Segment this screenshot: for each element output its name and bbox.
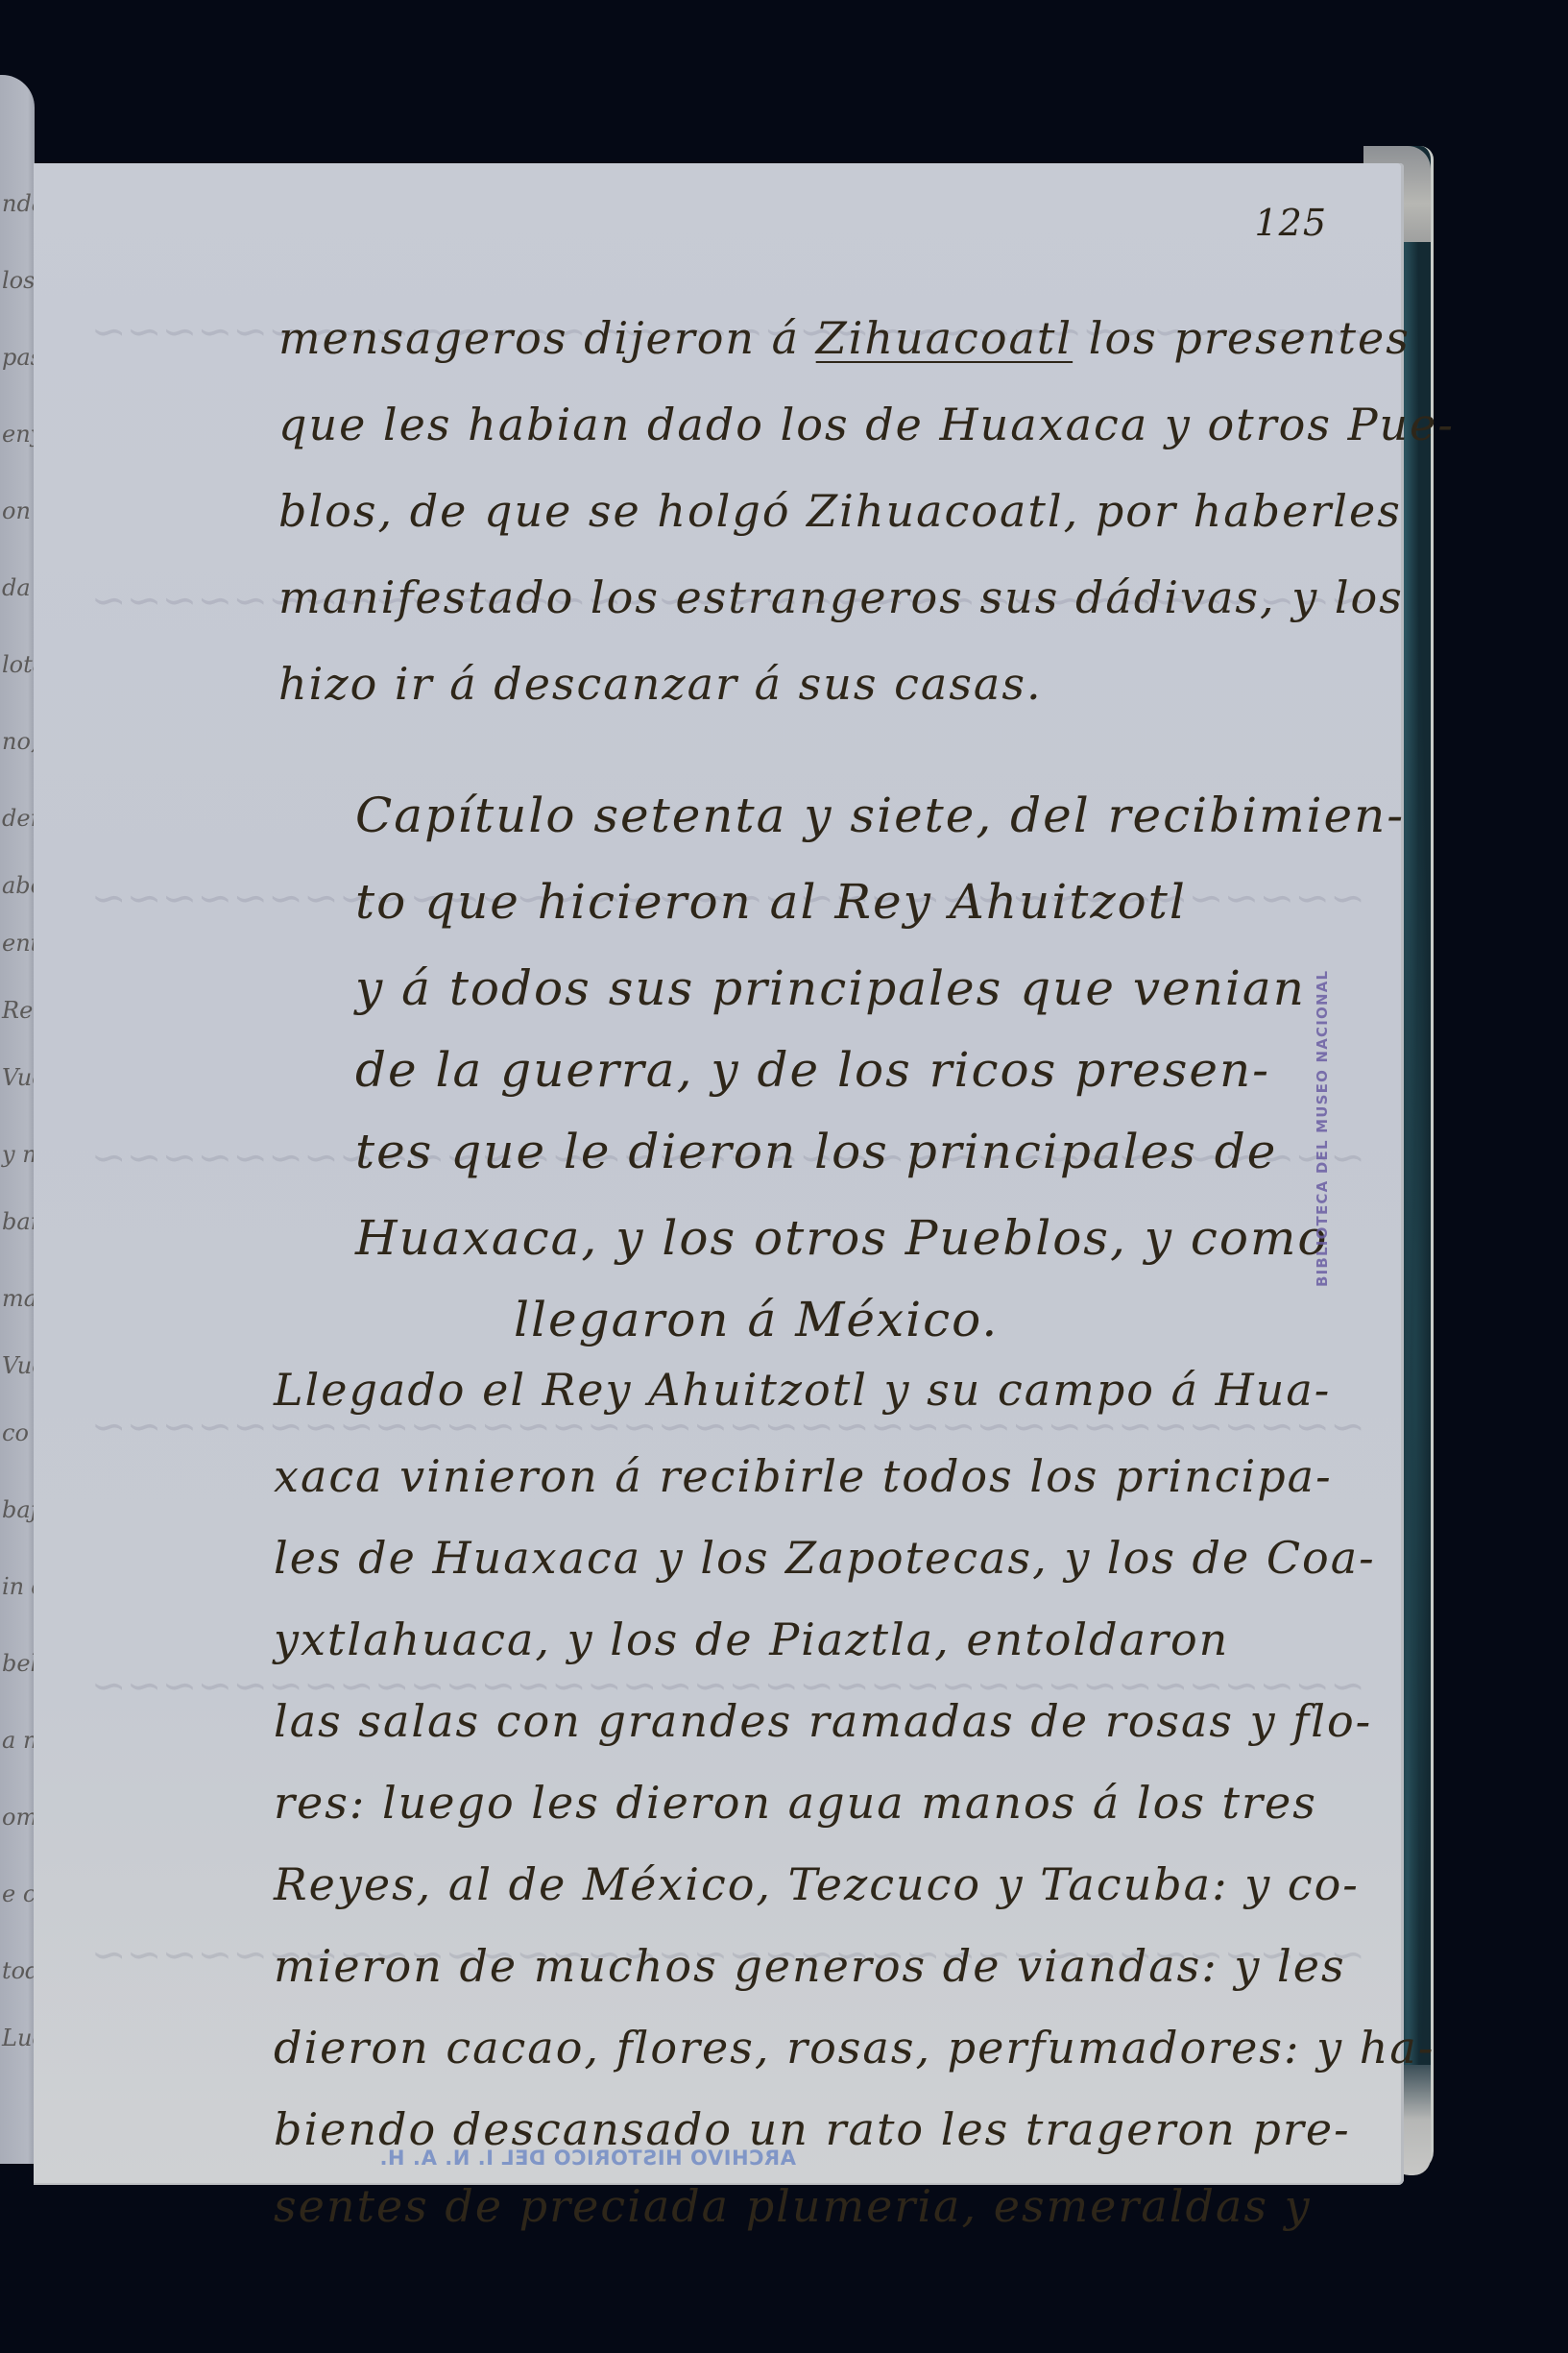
prev-page-fragment: bebe (2, 1650, 35, 1677)
prev-page-fragment: co C (2, 1419, 35, 1446)
prev-page-fragment: Luego (2, 2025, 35, 2051)
text-line: yxtlahuaca, y los de Piaztla, entoldaron (274, 1613, 1229, 1665)
prev-page-fragment: Real (2, 997, 35, 1024)
text-line: Llegado el Rey Ahuitzotl y su campo á Hu… (274, 1364, 1331, 1416)
prev-page-fragment: no, y (2, 728, 35, 755)
library-stamp: BIBLIOTECA DEL MUSEO NACIONAL (1314, 999, 1337, 1287)
prev-page-fragment: a ni (2, 1727, 35, 1754)
prev-page-fragment: pas (2, 344, 35, 371)
manuscript-page: ~~~~~~~~~~~~~~~~~~~~~~~~~~~~~~~~~~~~ ~~~… (34, 163, 1404, 2185)
prev-page-fragment: Vue (2, 1064, 35, 1091)
prev-page-fragment: ndas (2, 190, 35, 217)
text-line: dieron cacao, flores, rosas, perfumadore… (274, 2022, 1435, 2074)
prev-page-fragment: abon (2, 872, 35, 899)
prev-page-fragment: bar (2, 1208, 35, 1235)
prev-page-fragment: ente (2, 930, 35, 957)
previous-page-edge: ndas los pas enyn on M da l lotay no, y … (0, 75, 35, 2164)
prev-page-fragment: mag (2, 1285, 35, 1312)
prev-page-fragment: den (2, 805, 35, 832)
text-line: Reyes, al de México, Tezcuco y Tacuba: y… (274, 1858, 1360, 1910)
prev-page-fragment: tod (2, 1957, 35, 1984)
text-line: res: luego les dieron agua manos á los t… (274, 1777, 1317, 1829)
prev-page-fragment: on M (2, 497, 35, 524)
archive-stamp: ARCHIVO HISTORICO DEL I. N. A. H. (379, 2147, 796, 2170)
prev-page-fragment: lotay (2, 651, 35, 678)
text-line: sentes de preciada plumeria, esmeraldas … (274, 2180, 1312, 2232)
prev-page-fragment: da l (2, 574, 35, 601)
prev-page-fragment: e com (2, 1880, 35, 1907)
text-line: xaca vinieron á recibirle todos los prin… (274, 1450, 1333, 1502)
prev-page-fragment: enyn (2, 421, 35, 448)
text-line: las salas con grandes ramadas de rosas y… (274, 1695, 1372, 1747)
text-line: les de Huaxaca y los Zapotecas, y los de… (274, 1532, 1376, 1584)
prev-page-fragment: Vue (2, 1352, 35, 1379)
prev-page-fragment: omate (2, 1804, 35, 1831)
paragraph-main: Llegado el Rey Ahuitzotl y su campo á Hu… (34, 163, 1404, 2185)
prev-page-fragment: los (2, 267, 35, 294)
prev-page-fragment: in de (2, 1573, 35, 1600)
manuscript-scan: ndas los pas enyn on M da l lotay no, y … (0, 0, 1568, 2353)
prev-page-fragment: y m (2, 1141, 35, 1168)
prev-page-fragment: bajan (2, 1496, 35, 1523)
text-line: mieron de muchos generos de viandas: y l… (274, 1940, 1346, 1992)
